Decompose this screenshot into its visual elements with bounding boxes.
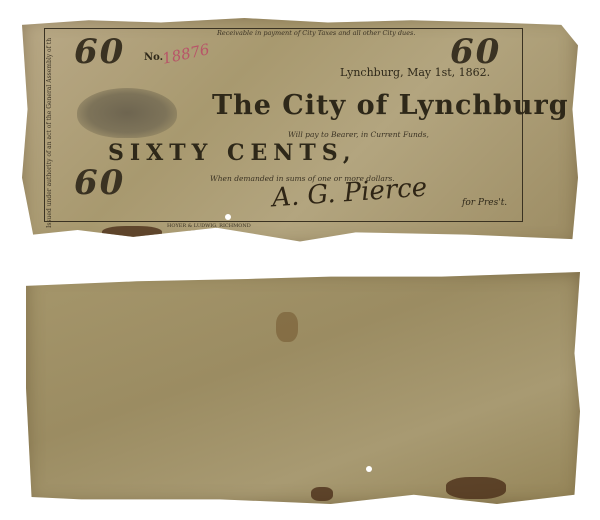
- signer-title: for Pres't.: [462, 198, 507, 208]
- punch-hole: [225, 214, 231, 220]
- receivable-text: Receivable in payment of City Taxes and …: [217, 29, 415, 37]
- stain: [446, 477, 506, 499]
- place-date: Lynchburg, May 1st, 1862.: [340, 66, 490, 79]
- banknote-front: Issued under authority of an act of the …: [22, 18, 578, 246]
- printer-imprint: HOYER & LUDWIG, RICHMOND: [167, 223, 251, 229]
- punch-hole: [366, 466, 372, 472]
- serial-label: No.: [144, 52, 163, 63]
- denomination-top-left: 60: [74, 32, 125, 72]
- stain: [311, 487, 333, 501]
- side-authority-text: Issued under authority of an act of the …: [46, 38, 60, 228]
- banknote-back: [26, 272, 580, 504]
- stain: [182, 230, 232, 240]
- stain: [102, 226, 162, 240]
- note-title: The City of Lynchburg: [212, 90, 569, 121]
- pay-line: Will pay to Bearer, in Current Funds,: [288, 130, 429, 139]
- denomination-bottom-left: 60: [74, 163, 125, 203]
- building-vignette-icon: [77, 88, 177, 138]
- stain: [276, 312, 298, 342]
- amount-text: SIXTY CENTS,: [108, 140, 357, 166]
